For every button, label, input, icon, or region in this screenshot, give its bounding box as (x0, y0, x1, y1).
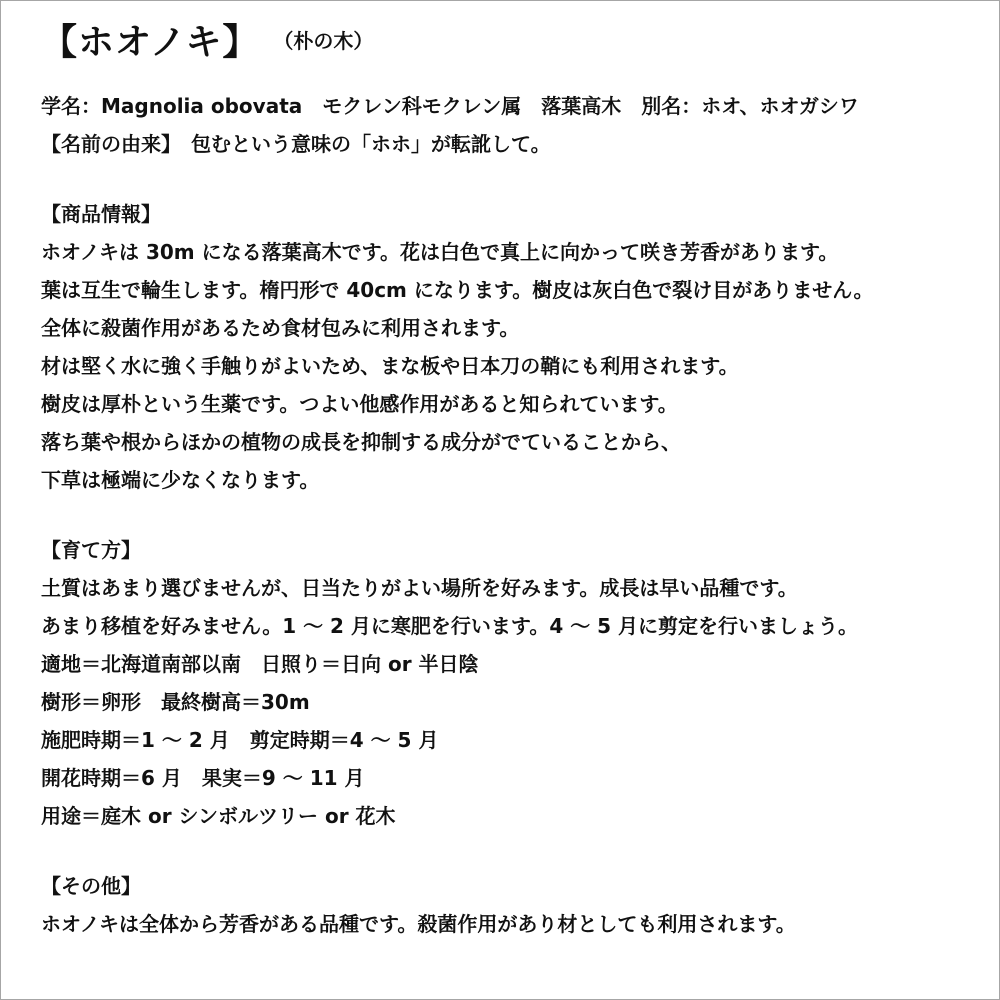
page-subtitle: （朴の木） (273, 25, 373, 54)
page-title: 【ホオノキ】 (41, 14, 259, 65)
section-heading-growing: 【育て方】 (41, 531, 959, 569)
growing-line: あまり移植を好みません。1 ～ 2 月に寒肥を行います。4 ～ 5 月に剪定を行… (41, 607, 959, 645)
growing-line: 施肥時期＝1 ～ 2 月 剪定時期＝4 ～ 5 月 (41, 721, 959, 759)
section-heading-other: 【その他】 (41, 867, 959, 905)
growing-line: 樹形＝卵形 最終樹高＝30m (41, 683, 959, 721)
product-info-line: 樹皮は厚朴という生薬です。つよい他感作用があると知られています。 (41, 385, 959, 423)
product-info-line: 下草は極端に少なくなります。 (41, 461, 959, 499)
name-origin-line: 【名前の由来】 包むという意味の「ホホ」が転訛して。 (41, 125, 959, 163)
product-info-line: 全体に殺菌作用があるため食材包みに利用されます。 (41, 309, 959, 347)
product-info-line: 落ち葉や根からほかの植物の成長を抑制する成分がでていることから、 (41, 423, 959, 461)
product-info-line: 材は堅く水に強く手触りがよいため、まな板や日本刀の鞘にも利用されます。 (41, 347, 959, 385)
growing-line: 土質はあまり選びませんが、日当たりがよい場所を好みます。成長は早い品種です。 (41, 569, 959, 607)
product-info-line: ホオノキは 30m になる落葉高木です。花は白色で真上に向かって咲き芳香がありま… (41, 233, 959, 271)
title-row: 【ホオノキ】 （朴の木） (41, 17, 959, 61)
growing-line: 用途＝庭木 or シンボルツリー or 花木 (41, 797, 959, 835)
scientific-name-line: 学名：Magnolia obovata モクレン科モクレン属 落葉高木 別名：ホ… (41, 87, 959, 125)
other-line: ホオノキは全体から芳香がある品種です。殺菌作用があり材としても利用されます。 (41, 905, 959, 943)
document-page: 【ホオノキ】 （朴の木） 学名：Magnolia obovata モクレン科モク… (0, 0, 1000, 1000)
growing-line: 適地＝北海道南部以南 日照り＝日向 or 半日陰 (41, 645, 959, 683)
section-heading-product-info: 【商品情報】 (41, 195, 959, 233)
product-info-line: 葉は互生で輪生します。楕円形で 40cm になります。樹皮は灰白色で裂け目があり… (41, 271, 959, 309)
growing-line: 開花時期＝6 月 果実＝9 ～ 11 月 (41, 759, 959, 797)
